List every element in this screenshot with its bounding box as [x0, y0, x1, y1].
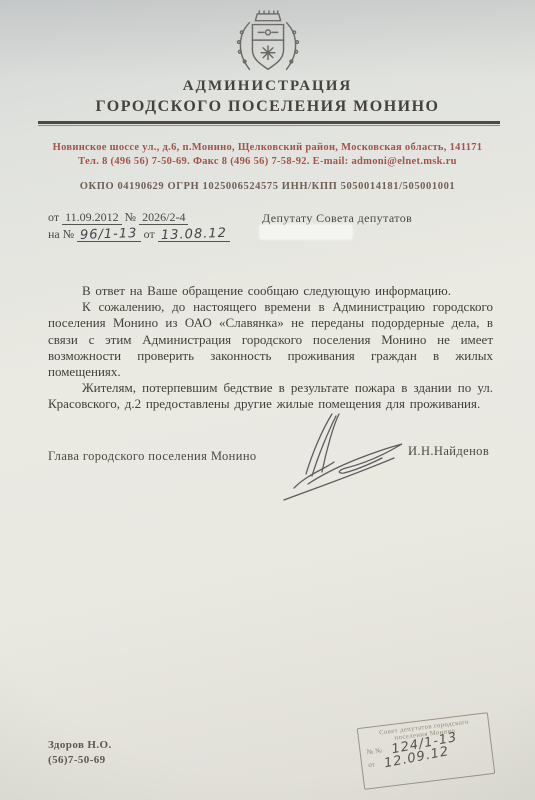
addressee-line: Депутату Совета депутатов	[262, 211, 412, 226]
outgoing-number: 2026/2-4	[139, 210, 188, 225]
outgoing-date: 11.09.2012	[62, 210, 122, 225]
header-divider	[38, 121, 500, 126]
reply-label: на №	[48, 227, 74, 241]
org-requisites: ОКПО 04190629 ОГРН 1025006524575 ИНН/КПП…	[0, 181, 535, 192]
reply-from-label: от	[144, 227, 155, 241]
org-name: АДМИНИСТРАЦИЯ ГОРОДСКОГО ПОСЕЛЕНИЯ МОНИН…	[0, 78, 535, 116]
body-paragraph-3: Жителям, потерпевшим бедствие в результа…	[48, 380, 493, 412]
executor-name: Здоров Н.О.	[48, 738, 112, 753]
incoming-number-handwritten: 96/1-13	[80, 225, 138, 244]
executor-block: Здоров Н.О. (56)7-50-69	[48, 738, 112, 768]
number-label: №	[125, 210, 136, 224]
coat-of-arms-icon	[223, 9, 313, 79]
body-paragraph-2: К сожалению, до настоящего времени в Адм…	[48, 299, 493, 380]
letter-body: В ответ на Ваше обращение сообщаю следую…	[48, 283, 493, 413]
org-address: Новинское шоссе ул., д.6, п.Монино, Щелк…	[0, 142, 535, 153]
reference-block: от 11.09.2012 № 2026/2-4 на № 96/1-13 от…	[48, 209, 230, 243]
incoming-date-handwritten: 13.08.12	[160, 225, 226, 244]
stamp-date-label: от	[368, 760, 375, 769]
executor-phone: (56)7-50-69	[48, 753, 112, 768]
incoming-reference-line: на № 96/1-13 от 13.08.12	[48, 226, 230, 243]
from-label: от	[48, 210, 59, 224]
outgoing-reference-line: от 11.09.2012 № 2026/2-4	[48, 209, 230, 226]
incoming-stamp: Совет депутатов городского поселения Мон…	[357, 712, 496, 790]
org-name-line2: ГОРОДСКОГО ПОСЕЛЕНИЯ МОНИНО	[0, 98, 535, 116]
signature-icon	[276, 408, 411, 503]
org-contacts: Тел. 8 (496 56) 7-50-69. Факс 8 (496 56)…	[0, 156, 535, 167]
org-name-line1: АДМИНИСТРАЦИЯ	[0, 78, 535, 95]
body-paragraph-1: В ответ на Ваше обращение сообщаю следую…	[48, 283, 493, 299]
signer-name: И.Н.Найденов	[408, 444, 489, 459]
scanned-letter-page: АДМИНИСТРАЦИЯ ГОРОДСКОГО ПОСЕЛЕНИЯ МОНИН…	[0, 0, 535, 800]
redaction-box	[260, 225, 352, 239]
signer-title: Глава городского поселения Монино	[48, 449, 257, 464]
